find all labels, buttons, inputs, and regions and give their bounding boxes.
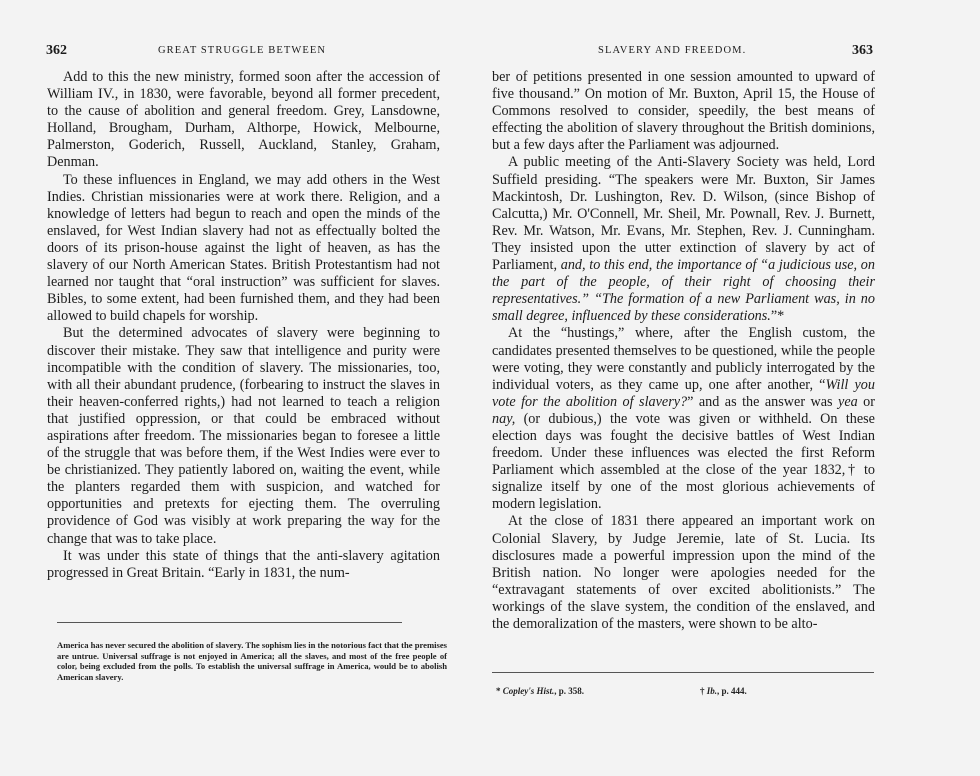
italic-yea: yea (838, 394, 858, 410)
text-run: ” and as the answer was (687, 394, 838, 410)
footnote-ibid: † Ib., p. 444. (700, 686, 747, 697)
footnote-text: America has never secured the abolition … (57, 640, 447, 682)
left-body-text: Add to this the new ministry, formed soo… (47, 69, 440, 582)
footnote-source: Ib. (707, 686, 717, 696)
paragraph: To these influences in England, we may a… (47, 172, 440, 326)
footnote-page: , p. 444. (717, 686, 747, 696)
italic-nay: nay, (492, 411, 515, 427)
footnote-divider (57, 622, 402, 623)
paragraph: At the close of 1831 there appeared an i… (492, 513, 875, 633)
right-body-text: ber of petitions presented in one sessio… (492, 69, 875, 633)
running-head-right: SLAVERY AND FREEDOM. (598, 45, 746, 56)
paragraph: But the determined advocates of slavery … (47, 325, 440, 547)
footnote-source: Copley's Hist. (503, 686, 555, 696)
running-head-left: GREAT STRUGGLE BETWEEN (158, 45, 326, 56)
paragraph: A public meeting of the Anti-Slavery Soc… (492, 154, 875, 325)
footnote-ref: ”* (771, 308, 784, 324)
footnote-page: , p. 358. (554, 686, 584, 696)
footnote-marker: * (496, 686, 503, 696)
footnote-marker: † (700, 686, 707, 696)
paragraph: Add to this the new ministry, formed soo… (47, 69, 440, 172)
footnote-copley: * Copley's Hist., p. 358. (496, 686, 584, 697)
footnote-divider (492, 672, 874, 673)
text-run: or (858, 394, 875, 410)
text-run: A public meeting of the Anti-Slavery Soc… (492, 154, 875, 273)
page-number-right: 363 (852, 43, 873, 59)
page-number-left: 362 (46, 43, 67, 59)
paragraph: At the “hustings,” where, after the Engl… (492, 325, 875, 513)
paragraph: ber of petitions presented in one sessio… (492, 69, 875, 154)
paragraph: It was under this state of things that t… (47, 548, 440, 582)
text-run: At the “hustings,” where, after the Engl… (492, 325, 875, 392)
text-run: (or dubious,) the vote was given or with… (492, 411, 875, 512)
